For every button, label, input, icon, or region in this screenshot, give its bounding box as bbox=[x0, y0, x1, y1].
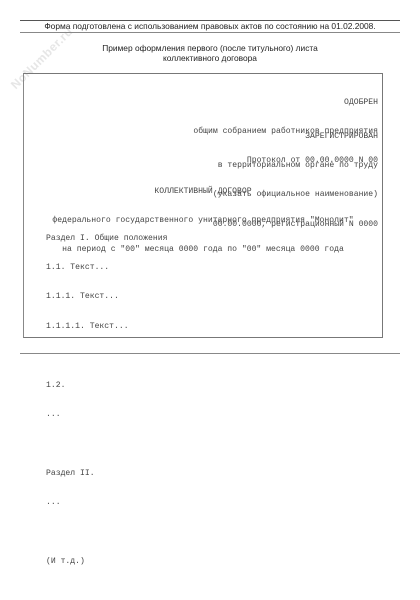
spacer bbox=[46, 439, 167, 449]
ellipsis: ... bbox=[46, 410, 167, 420]
ellipsis: ... bbox=[46, 498, 167, 508]
item-1-2: 1.2. bbox=[46, 381, 167, 391]
item-1-1: 1.1. Текст... bbox=[46, 263, 167, 273]
contract-heading: КОЛЛЕКТИВНЫЙ ДОГОВОР bbox=[24, 187, 382, 197]
example-title-line1: Пример оформления первого (после титульн… bbox=[20, 43, 400, 53]
example-title: Пример оформления первого (после титульн… bbox=[20, 43, 400, 63]
section-1-heading: Раздел I. Общие положения bbox=[46, 234, 167, 244]
item-1-1-1-1: 1.1.1.1. Текст... bbox=[46, 322, 167, 332]
example-title-line2: коллективного договора bbox=[20, 53, 400, 63]
document-frame: ОДОБРЕН общим собранием работников предп… bbox=[23, 73, 383, 338]
approved-heading: ОДОБРЕН bbox=[193, 98, 378, 108]
form-note: Форма подготовлена с использованием прав… bbox=[20, 21, 400, 32]
header-bottom-rule bbox=[20, 32, 400, 33]
contract-body: Раздел I. Общие положения 1.1. Текст... … bbox=[46, 214, 167, 586]
footer-rule bbox=[20, 353, 400, 354]
registered-heading: ЗАРЕГИСТРИРОВАН bbox=[213, 132, 378, 142]
item-1-1-1: 1.1.1. Текст... bbox=[46, 292, 167, 302]
etc-note: (И т.д.) bbox=[46, 557, 167, 567]
spacer bbox=[46, 528, 167, 538]
section-2-heading: Раздел II. bbox=[46, 469, 167, 479]
